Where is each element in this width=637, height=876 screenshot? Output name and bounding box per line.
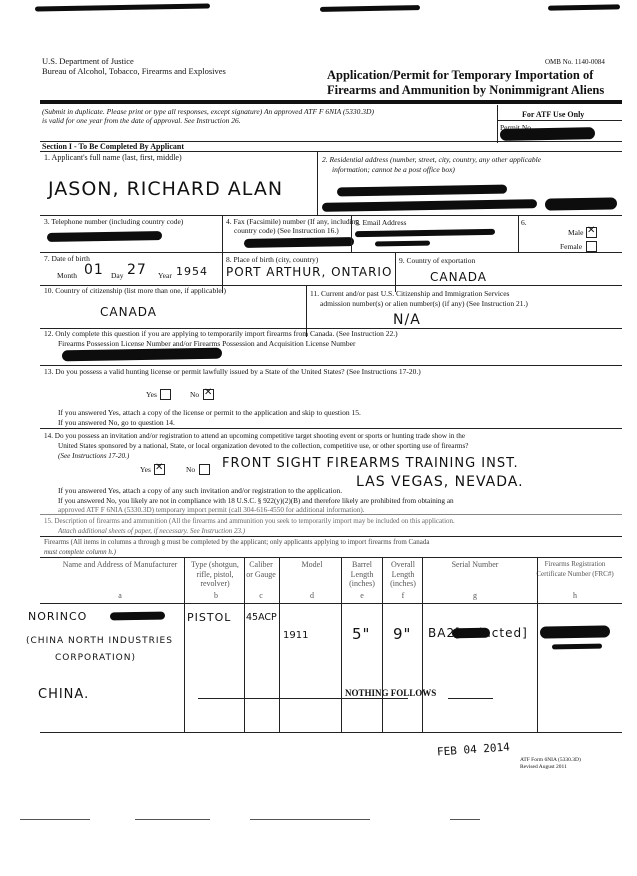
col-divider-cd: [279, 557, 280, 732]
country-of-exportation-field[interactable]: CANADA: [430, 270, 487, 284]
q5-q6-divider: [518, 215, 519, 253]
q13-note-line1: If you answered Yes, attach a copy of th…: [58, 408, 361, 418]
atf-box-divider: [497, 105, 498, 143]
caliber-field[interactable]: 45ACP: [246, 612, 277, 623]
q14-no-checkbox[interactable]: [199, 464, 210, 475]
form-revised: Revised August 2011: [520, 762, 567, 772]
q8-label: 8. Place of birth (city, country): [226, 255, 318, 265]
redacted-frc-line1: [540, 625, 610, 638]
dob-year-field[interactable]: 1954: [176, 265, 208, 278]
bureau-name: Bureau of Alcohol, Tobacco, Firearms and…: [42, 66, 226, 76]
col-h-letter: h: [555, 591, 595, 601]
month-label: Month: [57, 271, 77, 281]
redacted-email-line2: [375, 241, 430, 247]
q14-yes-label: Yes: [140, 465, 151, 475]
citizenship-field[interactable]: CANADA: [100, 305, 157, 319]
manufacturer-line1[interactable]: NORINCO: [28, 610, 87, 623]
q1-q2-divider: [317, 152, 318, 215]
redacted-manufacturer-address: [110, 612, 165, 621]
male-label: Male: [568, 228, 583, 238]
redacted-address-line3: [545, 197, 617, 210]
scan-mark: [450, 819, 480, 820]
col-b-letter: b: [196, 591, 236, 601]
col-a-header: Name and Address of Manufacturer: [60, 560, 180, 570]
applicant-name-field[interactable]: JASON, RICHARD ALAN: [48, 178, 283, 200]
q7-label: 7. Date of birth: [44, 254, 90, 264]
redacted-serial-number: [452, 628, 490, 639]
q1-label: 1. Applicant's full name (last, first, m…: [44, 153, 182, 163]
row-q13-rule: [40, 365, 622, 366]
section1-underline: [40, 151, 622, 152]
row-q15-rule: [40, 514, 622, 515]
row-q3-rule: [40, 215, 622, 216]
col-e-header: Barrel Length (inches): [342, 560, 382, 589]
dob-month-field[interactable]: 01: [84, 262, 104, 278]
q13-no-label: No: [190, 390, 199, 400]
q4-label-line2: country code) (See Instruction 16.): [234, 226, 339, 236]
col-h-header: Firearms Registration Certificate Number…: [530, 560, 620, 579]
col-divider-ef: [382, 557, 383, 732]
col-e-letter: e: [342, 591, 382, 601]
q13-label: 13. Do you possess a valid hunting licen…: [44, 367, 421, 377]
event-name-field[interactable]: FRONT SIGHT FIREARMS TRAINING INST.: [222, 456, 519, 471]
header-rule: [40, 100, 622, 104]
col-f-letter: f: [383, 591, 423, 601]
type-field[interactable]: PISTOL: [187, 611, 231, 624]
overall-length-field[interactable]: 9": [393, 625, 411, 643]
q8-q9-divider: [395, 252, 396, 292]
omb-number: OMB No. 1140-0084: [545, 57, 605, 67]
q13-no-checkbox[interactable]: [203, 389, 214, 400]
nothing-follows-label: NOTHING FOLLOWS: [345, 688, 436, 698]
col-divider-bc: [244, 557, 245, 732]
q11-label-line1: 11. Current and/or past U.S. Citizenship…: [310, 289, 509, 299]
q14-label-line3: (See Instructions 17-20.): [58, 451, 129, 461]
q4-q5-divider: [351, 215, 352, 253]
q9-label: 9. Country of exportation: [399, 256, 475, 266]
row-q14-rule: [40, 428, 622, 429]
q11-label-line2: admission number(s) or alien number(s) (…: [320, 299, 528, 309]
table-bottom-rule: [40, 732, 622, 733]
year-label: Year: [158, 271, 172, 281]
firearms-instructions-line1: Firearms (All items in columns a through…: [44, 537, 430, 547]
scan-mark: [20, 819, 90, 820]
model-field[interactable]: 1911: [283, 630, 308, 641]
redacted-header-right: [548, 4, 620, 10]
form-title-line2: Firearms and Ammunition by Nonimmigrant …: [327, 83, 604, 98]
day-label: Day: [111, 271, 124, 281]
female-checkbox[interactable]: [586, 241, 597, 252]
q2-label-line1: 2. Residential address (number, street, …: [322, 155, 541, 165]
nothing-follows-rule: [198, 698, 408, 699]
firearms-instructions-line2: must complete column h.): [44, 547, 116, 557]
q12-label-line1: 12. Only complete this question if you a…: [44, 329, 398, 339]
manufacturer-line4[interactable]: CHINA.: [38, 687, 89, 702]
redacted-header-center: [320, 5, 420, 12]
dob-day-field[interactable]: 27: [127, 262, 147, 278]
male-checkbox[interactable]: [586, 227, 597, 238]
col-d-header: Model: [282, 560, 342, 570]
col-divider-ab: [184, 557, 185, 732]
q14-label-line2: United States sponsored by a national, S…: [58, 441, 468, 451]
redacted-email: [355, 229, 495, 237]
atf-box-rule: [497, 120, 622, 121]
col-g-letter: g: [445, 591, 505, 601]
form-title-line1: Application/Permit for Temporary Importa…: [327, 68, 593, 83]
scan-mark: [250, 819, 370, 820]
q13-yes-checkbox[interactable]: [160, 389, 171, 400]
atf-use-only-label: For ATF Use Only: [522, 110, 584, 120]
female-label: Female: [560, 242, 582, 252]
col-c-letter: c: [245, 591, 277, 601]
redacted-address-line2: [322, 199, 537, 212]
redacted-address-line1: [337, 185, 507, 197]
col-f-header: Overall Length (inches): [383, 560, 423, 589]
redacted-telephone: [47, 231, 162, 242]
manufacturer-line2[interactable]: (CHINA NORTH INDUSTRIES: [26, 636, 173, 646]
col-d-letter: d: [282, 591, 342, 601]
q14-note-line1: If you answered Yes, attach a copy of an…: [58, 486, 342, 496]
redacted-frc-line2: [552, 644, 602, 650]
q3-q4-divider: [222, 215, 223, 293]
q14-label-line1: 14. Do you possess an invitation and/or …: [44, 431, 465, 441]
col-a-letter: a: [100, 591, 140, 601]
admission-number-field[interactable]: N/A: [393, 312, 421, 328]
event-location-field[interactable]: LAS VEGAS, NEVADA.: [356, 474, 524, 490]
scan-mark: [135, 819, 210, 820]
received-stamp-date: FEB 04 2014: [437, 742, 510, 757]
q14-no-label: No: [186, 465, 195, 475]
department-name: U.S. Department of Justice: [42, 56, 134, 66]
q15-label-line1: 15. Description of firearms and ammuniti…: [44, 516, 455, 526]
submit-instructions-line2: is valid for one year from the date of a…: [42, 116, 241, 126]
col-c-header: Caliber or Gauge: [245, 560, 277, 579]
q14-yes-checkbox[interactable]: [154, 464, 165, 475]
row-q7-rule: [40, 252, 622, 253]
table-top-rule: [40, 557, 622, 558]
redacted-fax: [244, 237, 354, 248]
table-header-rule: [40, 603, 622, 604]
q10-label: 10. Country of citizenship (list more th…: [44, 286, 226, 296]
col-divider-de: [341, 557, 342, 732]
barrel-length-field[interactable]: 5": [352, 625, 370, 643]
redacted-header-left: [35, 3, 210, 11]
q2-label-line2: information; cannot be a post office box…: [332, 165, 455, 175]
q13-note-line2: If you answered No, go to question 14.: [58, 418, 175, 428]
redacted-permit-no: [500, 127, 595, 141]
q13-yes-label: Yes: [146, 390, 157, 400]
manufacturer-line3[interactable]: CORPORATION): [55, 653, 136, 663]
q3-label: 3. Telephone number (including country c…: [44, 217, 183, 227]
nothing-follows-rule-right: [448, 698, 493, 699]
redacted-license-number: [62, 348, 222, 362]
place-of-birth-field[interactable]: PORT ARTHUR, ONTARIO: [226, 265, 392, 279]
q5-label: 5. Email Address: [355, 218, 406, 228]
col-g-header: Serial Number: [445, 560, 505, 570]
col-b-header: Type (shotgun, rifle, pistol, revolver): [186, 560, 244, 589]
q15-label-line2: Attach additional sheets of paper, if ne…: [58, 526, 245, 536]
q6-label: 6.: [521, 218, 527, 228]
col-divider-gh: [537, 557, 538, 732]
col-divider-fg: [422, 557, 423, 732]
